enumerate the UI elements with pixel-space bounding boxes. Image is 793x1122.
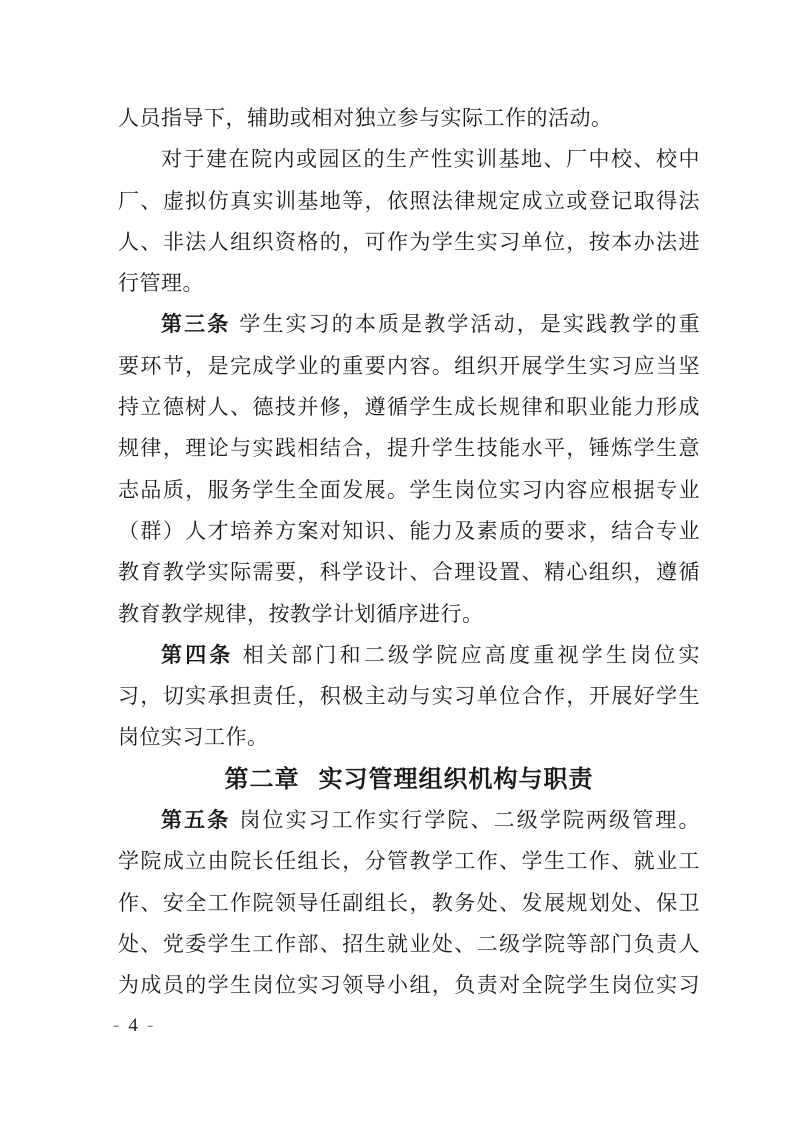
text-line: 习，切实承担责任，积极主动与实习单位合作，开展好学生	[118, 676, 700, 717]
text-line: 第三条学生实习的本质是教学活动，是实践教学的重	[118, 304, 700, 345]
line-text: 学生实习的本质是教学活动，是实践教学的重	[239, 312, 700, 336]
text-line: 要环节，是完成学业的重要内容。组织开展学生实习应当坚	[118, 346, 700, 387]
text-line: 对于建在院内或园区的生产性实训基地、厂中校、校中	[118, 139, 700, 180]
text-line: 作、安全工作院领导任副组长，教务处、发展规划处、保卫	[118, 883, 700, 924]
text-line: 第五条岗位实习工作实行学院、二级学院两级管理。	[118, 800, 700, 841]
line-text: 相关部门和二级学院应高度重视学生岗位实	[243, 643, 700, 667]
page-number: 4	[128, 1015, 138, 1036]
text-line: 人员指导下，辅助或相对独立参与实际工作的活动。	[118, 98, 700, 139]
line-text: 对于建在院内或园区的生产性实训基地、厂中校、校中	[161, 147, 700, 171]
line-text: 规律，理论与实践相结合，提升学生技能水平，锤炼学生意	[118, 436, 700, 460]
article-number: 第四条	[161, 644, 234, 667]
line-text: 岗位实习工作实行学院、二级学院两级管理。	[239, 808, 700, 832]
line-text: 习，切实承担责任，积极主动与实习单位合作，开展好学生	[118, 684, 700, 708]
line-text: 为成员的学生岗位实习领导小组，负责对全院学生岗位实习	[118, 973, 700, 997]
line-text: 志品质，服务学生全面发展。学生岗位实习内容应根据专业	[118, 478, 700, 502]
line-text: 教育教学规律，按教学计划循序进行。	[118, 602, 484, 626]
chapter-heading: 第二章实习管理组织机构与职责	[118, 759, 700, 800]
text-line: 岗位实习工作。	[118, 717, 700, 758]
line-text: 岗位实习工作。	[118, 725, 269, 749]
line-text: （群）人才培养方案对知识、能力及素质的要求，结合专业	[118, 519, 700, 543]
line-text: 人、非法人组织资格的，可作为学生实习单位，按本办法进	[118, 230, 700, 254]
text-line: 学院成立由院长任组长，分管教学工作、学生工作、就业工	[118, 841, 700, 882]
article-number: 第三条	[161, 313, 230, 336]
line-text: 行管理。	[118, 271, 204, 295]
chapter-number: 第二章	[225, 766, 300, 793]
text-line: 教育教学规律，按教学计划循序进行。	[118, 594, 700, 635]
line-text: 厂、虚拟仿真实训基地等，依照法律规定成立或登记取得法	[118, 189, 700, 213]
page-footer: -4-	[113, 1014, 153, 1038]
text-line: 为成员的学生岗位实习领导小组，负责对全院学生岗位实习	[118, 965, 700, 1006]
footer-dash-right: -	[147, 1015, 153, 1036]
text-line: （群）人才培养方案对知识、能力及素质的要求，结合专业	[118, 511, 700, 552]
line-text: 人员指导下，辅助或相对独立参与实际工作的活动。	[118, 106, 613, 130]
chapter-title: 实习管理组织机构与职责	[319, 766, 594, 793]
article-number: 第五条	[161, 809, 230, 832]
line-text: 作、安全工作院领导任副组长，教务处、发展规划处、保卫	[118, 891, 700, 915]
line-text: 教育教学实际需要，科学设计、合理设置、精心组织，遵循	[118, 560, 700, 584]
line-text: 要环节，是完成学业的重要内容。组织开展学生实习应当坚	[118, 354, 700, 378]
line-text: 持立德树人、德技并修，遵循学生成长规律和职业能力形成	[118, 395, 700, 419]
text-line: 厂、虚拟仿真实训基地等，依照法律规定成立或登记取得法	[118, 181, 700, 222]
footer-dash-left: -	[113, 1015, 119, 1036]
text-line: 持立德树人、德技并修，遵循学生成长规律和职业能力形成	[118, 387, 700, 428]
line-text: 学院成立由院长任组长，分管教学工作、学生工作、就业工	[118, 849, 700, 873]
text-line: 处、党委学生工作部、招生就业处、二级学院等部门负责人	[118, 924, 700, 965]
text-line: 教育教学实际需要，科学设计、合理设置、精心组织，遵循	[118, 552, 700, 593]
text-line: 规律，理论与实践相结合，提升学生技能水平，锤炼学生意	[118, 428, 700, 469]
text-line: 人、非法人组织资格的，可作为学生实习单位，按本办法进	[118, 222, 700, 263]
line-text: 处、党委学生工作部、招生就业处、二级学院等部门负责人	[118, 932, 700, 956]
text-line: 第四条相关部门和二级学院应高度重视学生岗位实	[118, 635, 700, 676]
text-line: 志品质，服务学生全面发展。学生岗位实习内容应根据专业	[118, 470, 700, 511]
document-body: 人员指导下，辅助或相对独立参与实际工作的活动。对于建在院内或园区的生产性实训基地…	[118, 98, 700, 1007]
text-line: 行管理。	[118, 263, 700, 304]
document-page: 人员指导下，辅助或相对独立参与实际工作的活动。对于建在院内或园区的生产性实训基地…	[0, 0, 793, 1122]
